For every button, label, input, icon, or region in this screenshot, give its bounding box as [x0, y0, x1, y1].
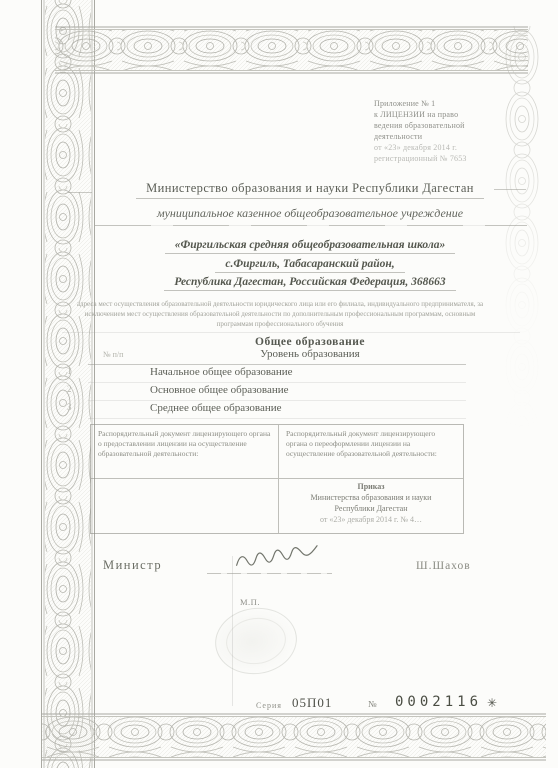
order-grant-header-cell: Распорядительный документ лицензирующего… — [91, 425, 278, 479]
signature-line — [207, 573, 332, 574]
school-address1-text: с.Фиргиль, Табасаранский район, — [215, 258, 404, 273]
number-sign: № — [368, 699, 377, 709]
ministry-title: Министерство образования и науки Республ… — [95, 181, 525, 199]
address-footnote: адреса мест осуществления образовательно… — [70, 299, 490, 329]
serial-number-row: Серия 05П01 № 0002116 ✳ — [0, 694, 558, 716]
seal-place-label: М.П. — [240, 597, 260, 607]
school-name: «Фиргильская средняя общеобразовательная… — [95, 239, 525, 254]
order-line: Приказ — [286, 481, 456, 492]
appendix-line: к ЛИЦЕНЗИИ на право — [374, 109, 524, 120]
table-rule — [88, 418, 466, 419]
table-rule — [88, 364, 466, 365]
appendix-line: от «23» декабря 2014 г. — [374, 142, 524, 153]
serial-number-value: 0002116 — [395, 694, 482, 710]
school-name-text: «Фиргильская средняя общеобразовательная… — [165, 239, 456, 254]
education-level-label: Среднее общее образование — [150, 402, 282, 414]
asterisk-symbol: ✳ — [487, 696, 497, 711]
series-value: 05П01 — [292, 695, 332, 711]
school-address2-text: Республика Дагестан, Российская Федераци… — [164, 276, 455, 291]
education-level-label: Начальное общее образование — [150, 366, 292, 378]
series-label: Серия — [256, 701, 282, 710]
underline-rule — [95, 225, 527, 226]
section-rule — [62, 332, 520, 333]
minister-name: Ш.Шахов — [416, 560, 471, 572]
table-rule — [88, 400, 466, 401]
border-fade-overlay — [496, 130, 552, 460]
license-appendix-document: Приложение № 1 к ЛИЦЕНЗИИ на право веден… — [0, 0, 558, 768]
orders-table: Распорядительный документ лицензирующего… — [90, 424, 464, 534]
order-reissue-header-cell: Распорядительный документ лицензирующего… — [278, 425, 463, 479]
row-number: 1 — [67, 366, 72, 376]
ministry-title-text: Министерство образования и науки Республ… — [136, 181, 484, 199]
row-number: 3 — [67, 402, 72, 412]
education-level-label: Основное общее образование — [150, 384, 289, 396]
order-grant-body-cell — [91, 479, 278, 533]
minister-label: Министр — [103, 558, 162, 573]
appendix-line: деятельности — [374, 131, 524, 142]
scan-dash — [494, 189, 526, 190]
paper-crease — [232, 556, 233, 706]
appendix-line: ведения образовательной — [374, 120, 524, 131]
education-section-title: Общее образование — [95, 336, 525, 348]
guilloche-border-top — [55, 26, 528, 74]
guilloche-border-bottom — [42, 712, 546, 762]
seal-stamp — [211, 603, 301, 680]
row-number: 2 — [67, 384, 72, 394]
order-reissue-body-cell: Приказ Министерства образования и науки … — [278, 479, 463, 533]
order-line: от «23» декабря 2014 г. № 4… — [286, 514, 456, 525]
organization-type-text: муниципальное казенное общеобразовательн… — [157, 206, 463, 220]
table-rule — [88, 382, 466, 383]
scan-dash — [68, 192, 92, 193]
organization-type: муниципальное казенное общеобразовательн… — [95, 206, 525, 221]
school-address-line1: с.Фиргиль, Табасаранский район, — [95, 258, 525, 273]
appendix-reference-block: Приложение № 1 к ЛИЦЕНЗИИ на право веден… — [374, 98, 524, 164]
signature-scribble — [232, 545, 322, 574]
order-line: Республики Дагестан — [286, 503, 456, 514]
appendix-line: регистрационный № 7653 — [374, 153, 524, 164]
school-address-line2: Республика Дагестан, Российская Федераци… — [95, 276, 525, 291]
appendix-line: Приложение № 1 — [374, 98, 524, 109]
column-header-level: Уровень образования — [95, 348, 525, 360]
order-line: Министерства образования и науки — [286, 492, 456, 503]
